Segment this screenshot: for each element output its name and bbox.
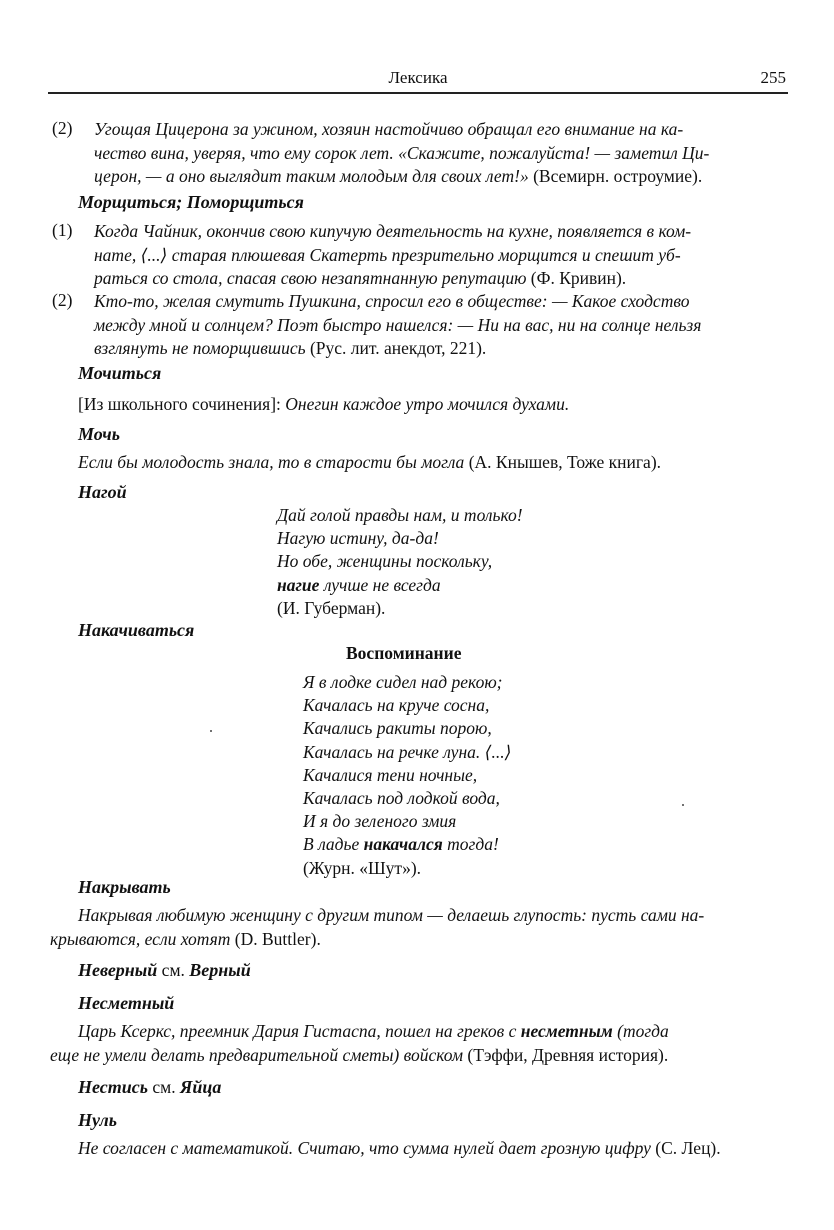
see-label: см. bbox=[157, 960, 189, 980]
text-line: взглянуть не поморщившись bbox=[94, 338, 306, 358]
headword: Нагой bbox=[78, 482, 127, 503]
text-line: Царь Ксеркс, преемник Дария Гистаспа, по… bbox=[78, 1021, 521, 1041]
see-label: см. bbox=[148, 1077, 180, 1097]
entry-text: Кто-то, желая смутить Пушкина, спросил е… bbox=[94, 290, 782, 361]
entry-text: Угощая Цицерона за ужином, хозяин настой… bbox=[94, 118, 782, 189]
poem-line: тогда! bbox=[443, 834, 499, 854]
text-prefix: [Из школьного сочинения]: bbox=[78, 394, 285, 414]
entry-text: Накрывая любимую женщину с другим типом … bbox=[50, 904, 782, 951]
item-number: (2) bbox=[52, 290, 72, 311]
poem: Дай голой правды нам, и только! Нагую ис… bbox=[277, 504, 523, 620]
poem-line: И я до зеленого змия bbox=[303, 810, 511, 833]
poem-line: Качалась на речке луна. ⟨...⟩ bbox=[303, 741, 511, 764]
entry-text: [Из школьного сочинения]: Онегин каждое … bbox=[78, 394, 569, 415]
poem: Я в лодке сидел над рекою; Качалась на к… bbox=[303, 671, 511, 880]
text-line: между мной и солнцем? Поэт быстро нашелс… bbox=[94, 314, 782, 338]
scan-speck bbox=[682, 804, 684, 806]
source-citation: (Рус. лит. анекдот, 221). bbox=[306, 338, 487, 358]
text-line: Онегин каждое утро мочился духами. bbox=[285, 394, 569, 414]
poem-line: Качалась на круче сосна, bbox=[303, 694, 511, 717]
poem-line: Качалась под лодкой вода, bbox=[303, 787, 511, 810]
text-line: нате, ⟨...⟩ старая плюшевая Скатерть пре… bbox=[94, 244, 782, 268]
running-head: Лексика 255 bbox=[48, 66, 788, 94]
headword: Несметный bbox=[78, 993, 174, 1014]
highlighted-word: несметным bbox=[521, 1021, 613, 1041]
text-line: церон, — а оно выглядит таким молодым дл… bbox=[94, 166, 529, 186]
poem-line: Нагую истину, да-да! bbox=[277, 527, 523, 550]
text-line: крываются, если хотят bbox=[50, 929, 230, 949]
text-line: Накрывая любимую женщину с другим типом … bbox=[50, 904, 782, 928]
headword: Нестись bbox=[78, 1077, 148, 1097]
poem-line: Я в лодке сидел над рекою; bbox=[303, 671, 511, 694]
text-line: Если бы молодость знала, то в старости б… bbox=[78, 452, 464, 472]
poem-line: Но обе, женщины поскольку, bbox=[277, 550, 523, 573]
poem-line: В ладье bbox=[303, 834, 364, 854]
text-line: раться со стола, спасая свою незапятнанн… bbox=[94, 268, 526, 288]
cross-reference: Нестись см. Яйца bbox=[78, 1077, 221, 1098]
highlighted-word: нагие bbox=[277, 575, 319, 595]
poem-title: Воспоминание bbox=[346, 643, 461, 664]
text-line: Угощая Цицерона за ужином, хозяин настой… bbox=[94, 118, 782, 142]
source-citation: (Ф. Кривин). bbox=[526, 268, 626, 288]
running-title: Лексика bbox=[48, 68, 788, 88]
source-citation: (D. Buttler). bbox=[230, 929, 320, 949]
poem-line: Качалися тени ночные, bbox=[303, 764, 511, 787]
text-line: Не согласен с математикой. Считаю, что с… bbox=[78, 1138, 651, 1158]
entry-text: Когда Чайник, окончив свою кипучую деяте… bbox=[94, 220, 782, 291]
source-citation: (Всемирн. остроумие). bbox=[529, 166, 703, 186]
scan-speck bbox=[210, 730, 212, 732]
cross-reference: Неверный см. Верный bbox=[78, 960, 251, 981]
text-line: Когда Чайник, окончив свою кипучую деяте… bbox=[94, 220, 782, 244]
see-target-link[interactable]: Верный bbox=[189, 960, 251, 980]
page-number: 255 bbox=[761, 68, 787, 88]
poem-line: Качались ракиты порою, bbox=[303, 717, 511, 740]
see-target-link[interactable]: Яйца bbox=[180, 1077, 221, 1097]
text-line: чество вина, уверяя, что ему сорок лет. … bbox=[94, 142, 782, 166]
headword: Мочиться bbox=[78, 363, 161, 384]
source-citation: (С. Лец). bbox=[651, 1138, 721, 1158]
headword: Мочь bbox=[78, 424, 120, 445]
poem-line: лучше не всегда bbox=[319, 575, 440, 595]
entry-text: Если бы молодость знала, то в старости б… bbox=[78, 452, 661, 473]
source-citation: (Журн. «Шут»). bbox=[303, 857, 511, 880]
book-page: Лексика 255 (2) Угощая Цицерона за ужино… bbox=[0, 0, 834, 1230]
source-citation: (А. Кнышев, Тоже книга). bbox=[464, 452, 661, 472]
text-line: еще не умели делать предварительной смет… bbox=[50, 1045, 463, 1065]
headword: Накрывать bbox=[78, 877, 171, 898]
headword: Нуль bbox=[78, 1110, 117, 1131]
entry-text: Царь Ксеркс, преемник Дария Гистаспа, по… bbox=[50, 1020, 782, 1067]
entry-text: Не согласен с математикой. Считаю, что с… bbox=[78, 1138, 721, 1159]
headword: Накачиваться bbox=[78, 620, 194, 641]
source-citation: (Тэффи, Древняя история). bbox=[463, 1045, 668, 1065]
source-citation: (И. Губерман). bbox=[277, 597, 523, 620]
text-line: Кто-то, желая смутить Пушкина, спросил е… bbox=[94, 290, 782, 314]
text-line: (тогда bbox=[613, 1021, 669, 1041]
item-number: (1) bbox=[52, 220, 72, 241]
headword: Неверный bbox=[78, 960, 157, 980]
headword: Морщиться; Поморщиться bbox=[78, 192, 304, 213]
highlighted-word: накачался bbox=[364, 834, 443, 854]
item-number: (2) bbox=[52, 118, 72, 139]
poem-line: Дай голой правды нам, и только! bbox=[277, 504, 523, 527]
